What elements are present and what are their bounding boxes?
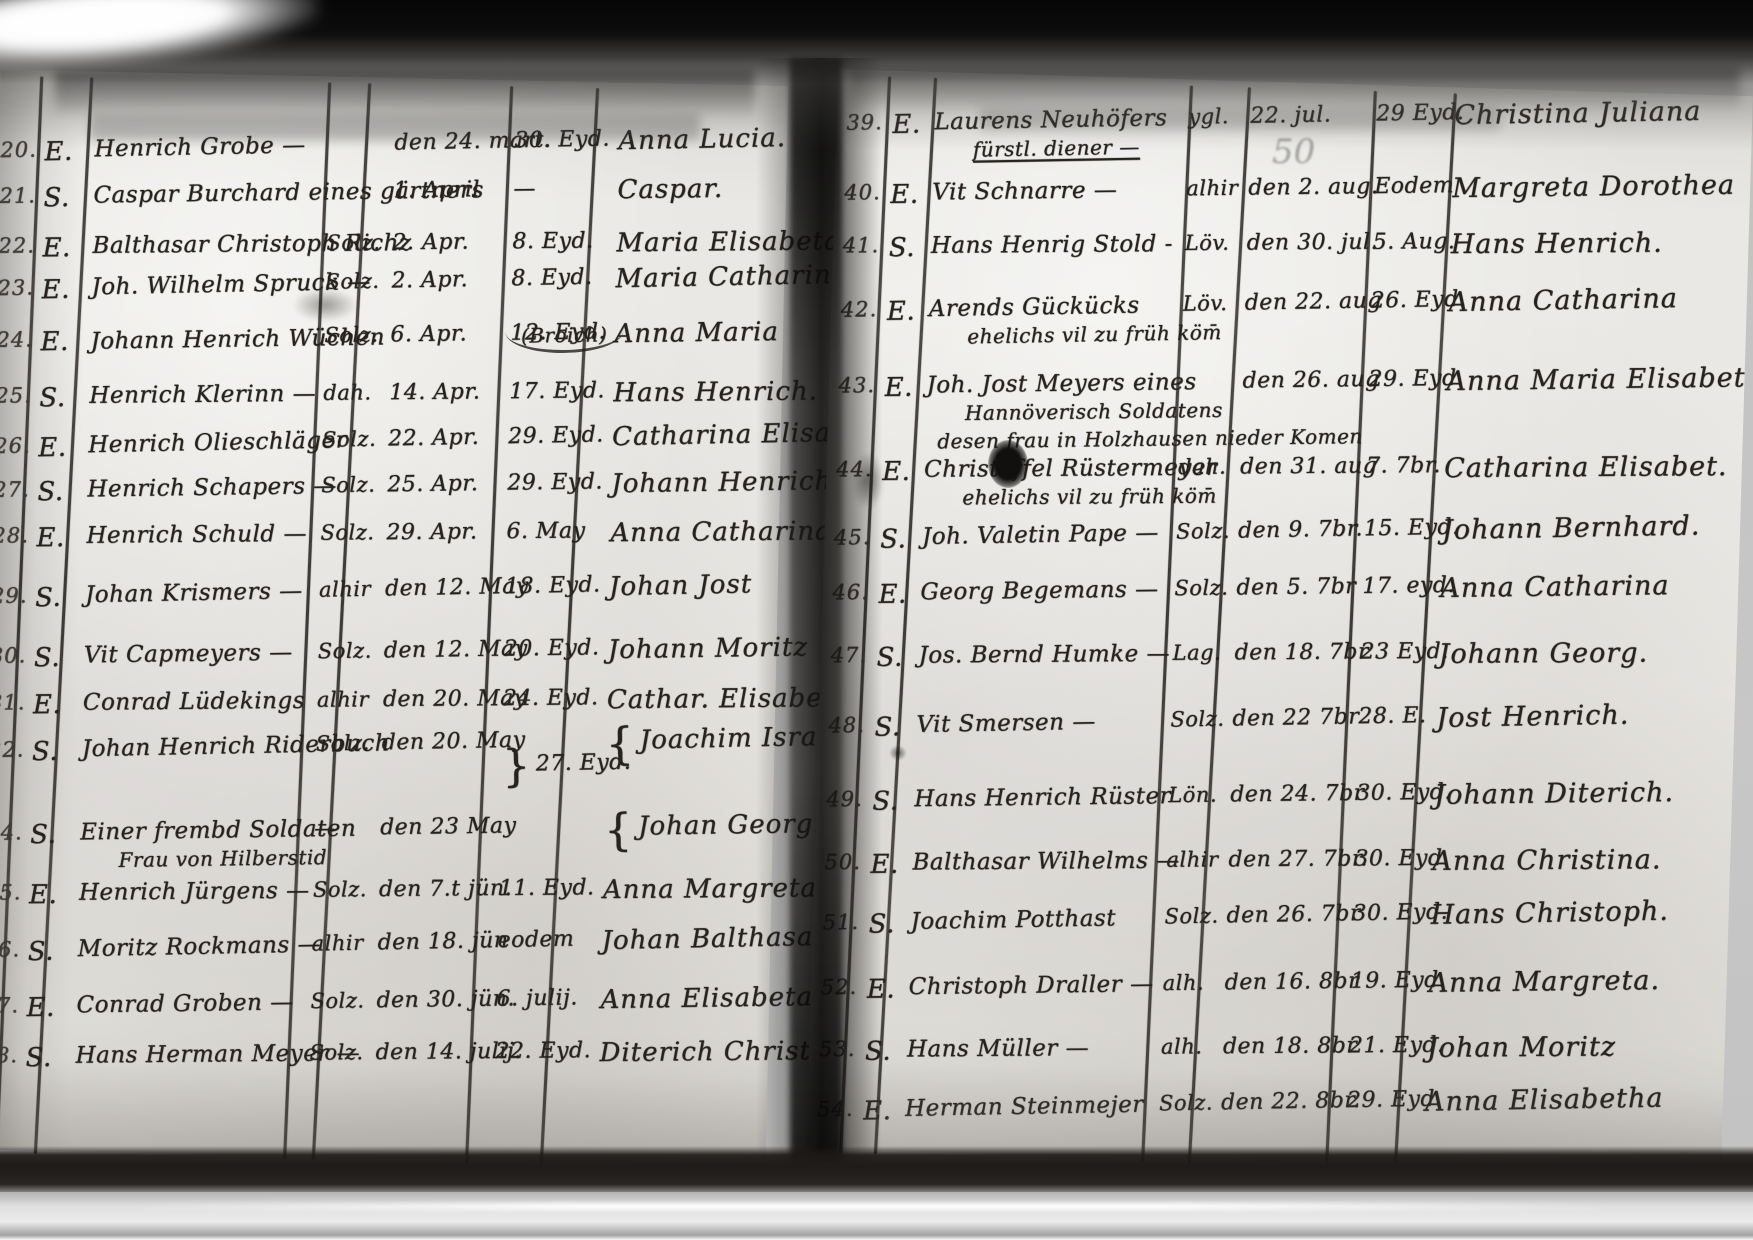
baptism-date-text: 22. Eyd. <box>495 1038 591 1064</box>
entry-letter: E. <box>890 180 919 210</box>
parent-name-text: Hans Henrich Rüster <box>914 783 1171 812</box>
birth-date: 22. Apr. <box>388 425 480 452</box>
birth-date: den 7.t jün. <box>379 876 512 902</box>
parent-name-line2: fürstl. diener — <box>973 134 1168 161</box>
child-name-text: Cathar. Elisabet. <box>607 683 844 715</box>
baptism-date-text: eodem <box>497 927 574 953</box>
child-name: Cathar. Elisabet. <box>607 683 844 715</box>
register-row: 28.E.Henrich Schuld —Solz.29. Apr.6. May… <box>0 517 779 566</box>
parent-name-text: Arends Gückücks <box>929 293 1140 323</box>
parent-name-text: Vit Capmeyers — <box>84 640 293 669</box>
row-number: 27. <box>0 477 30 502</box>
residence-abbreviation: alhir <box>311 931 363 956</box>
parent-name-line2: Frau von Hilberstid <box>118 845 356 872</box>
birth-date: den 16. 8br <box>1225 969 1360 996</box>
row-number: 28. <box>0 523 29 547</box>
parent-name: Henrich Olieschläger <box>88 427 347 458</box>
child-brace: { <box>604 805 634 856</box>
row-number: 24. <box>0 327 33 352</box>
residence-abbreviation: alh. <box>1163 971 1205 996</box>
parent-name: Vit Smersen — <box>916 709 1096 738</box>
birth-date: den 18. 8br <box>1223 1033 1358 1059</box>
child-name: Jost Henrich. <box>1436 700 1629 734</box>
child-name: Anna Catharina <box>1440 570 1669 604</box>
baptism-date: 29. Eyd. <box>508 422 604 449</box>
child-name-text: Anna Maria <box>614 317 779 349</box>
child-name: Anna Catharina <box>1448 283 1678 318</box>
register-row: 44.E.Christoffel Rüstermeyerehelichs vil… <box>826 451 1741 499</box>
entry-letter: E. <box>42 233 71 263</box>
row-number: 48. <box>828 713 865 738</box>
baptism-date-text: 28. E. <box>1358 703 1426 729</box>
child-name-text: Johan Georg. <box>638 809 823 842</box>
birth-date: 14. Apr. <box>389 379 480 405</box>
parent-name-text: Vit Smersen — <box>916 709 1096 738</box>
parent-name: Conrad Lüdekings <box>83 688 305 716</box>
birth-date: 25. Apr. <box>387 471 478 497</box>
child-name-text: Margreta Dorothea <box>1452 170 1735 204</box>
baptism-date: 11. Eyd. <box>499 875 595 901</box>
child-name: Anna Catharina <box>610 516 831 548</box>
residence-abbreviation: Solz. <box>325 269 379 294</box>
register-row: 37.E.Conrad Groben —Solz.den 30. jün.6. … <box>0 983 769 1036</box>
birth-date: 22. jul. <box>1250 102 1331 128</box>
baptism-date-text: 24. Eyd. <box>503 685 599 711</box>
entry-letter: S. <box>27 937 54 967</box>
baptism-date: 29. Eyd. <box>507 469 603 495</box>
scan-bottom-highlight <box>120 1203 1620 1210</box>
row-number: 38. <box>0 1043 18 1067</box>
residence-abbreviation: Solz. <box>310 988 364 1013</box>
entry-letter: S. <box>874 712 901 742</box>
parent-name: Henrich Schuld — <box>86 521 307 549</box>
parent-name: Balthasar Wilhelms — <box>912 848 1179 876</box>
birth-date: den 27. 7br. <box>1228 846 1368 872</box>
row-number: 45. <box>834 525 871 550</box>
birth-date: den 18. 7br <box>1235 639 1370 665</box>
child-name-text: Anna Christina. <box>1432 844 1661 877</box>
baptism-date-text: 29. Eyd. <box>508 422 604 449</box>
child-name: Johann Diterich. <box>1434 777 1674 811</box>
baptism-date: 8. Eyd. <box>511 265 593 292</box>
row-brace: } <box>502 741 531 793</box>
baptism-date: 12. Eyd. <box>510 319 606 345</box>
child-name: Anna Christina. <box>1432 844 1661 877</box>
child-name-text: Johann Henrich. <box>611 466 842 499</box>
baptism-date-text: 18. Eyd. <box>505 572 601 599</box>
parent-name: Christoph Draller — <box>909 971 1154 1000</box>
parent-name: Joachim Potthast <box>910 905 1116 935</box>
entry-letter: E. <box>38 433 67 464</box>
register-row: 50.E.Balthasar Wilhelms —alhirden 27. 7b… <box>814 844 1729 892</box>
child-name: Johann Henrich. <box>611 466 842 499</box>
baptism-date: 6. May <box>506 518 585 544</box>
entry-letter: E. <box>882 457 910 487</box>
parent-name-text: Conrad Groben — <box>76 989 294 1018</box>
entry-letter: S. <box>34 643 61 673</box>
child-name: Catharina Elisabet. <box>1444 451 1728 484</box>
child-name-text: Caspar. <box>617 174 723 205</box>
residence-abbreviation: Solz. <box>318 638 372 663</box>
child-name: Johan Jost <box>609 569 753 602</box>
child-name-text: Maria Elisabeta <box>616 226 840 258</box>
register-scan: 20.E.Henrich Grobe —den 24. mart.30. Eyd… <box>0 0 1753 1240</box>
residence-abbreviation: alh. <box>1161 1034 1203 1058</box>
baptism-date: 30. Eyd. <box>514 126 610 153</box>
residence-abbreviation: Solz. <box>326 230 380 254</box>
parent-name: Moritz Rockmans — <box>77 931 321 962</box>
baptism-date: 7. 7br. <box>1366 453 1441 479</box>
row-number: 31. <box>0 690 25 714</box>
baptism-date-text: 11. Eyd. <box>499 875 595 901</box>
parent-name-text: Joh. Jost Meyers eines <box>926 369 1196 398</box>
entry-letter: E. <box>26 993 55 1023</box>
entry-letter: E. <box>44 137 73 168</box>
parent-name-text: Conrad Lüdekings <box>83 688 305 716</box>
baptism-date: 6. julij. <box>496 985 578 1011</box>
baptism-date: 8. Eyd. <box>512 229 593 255</box>
row-number: 44. <box>836 457 873 481</box>
register-row: 21.S.Caspar Burchard eines gärtners1. Ap… <box>0 173 786 226</box>
entry-letter: S. <box>30 820 57 850</box>
child-name-text: Hans Henrich. <box>613 377 818 409</box>
baptism-date: 23 Eyd. <box>1361 639 1449 665</box>
register-row: 42.E.Arends Gückücksehelichs vil zu früh… <box>831 282 1747 340</box>
faint-page-number: 50 <box>1272 132 1315 172</box>
parent-name: Vit Schnarre — <box>932 177 1117 205</box>
entry-letter: S. <box>39 383 65 413</box>
child-name-text: Catharina Elisabet. <box>1444 451 1728 484</box>
child-name: Anna Margreta. <box>1429 965 1661 999</box>
child-name: Margreta Dorothea <box>1452 170 1735 204</box>
register-row: 27.S.Henrich Schapers —Solz.25. Apr.29. … <box>0 467 780 520</box>
baptism-date-text: 17. Eyd. <box>509 378 605 404</box>
entry-letter: S. <box>880 524 907 554</box>
child-name-text: Christina Juliana <box>1454 96 1702 131</box>
entry-letter: S. <box>25 1043 51 1073</box>
residence-abbreviation: alhir <box>317 687 369 711</box>
row-number: 30. <box>0 643 26 668</box>
parent-name-text: Henrich Schapers — <box>87 473 337 502</box>
baptism-date: 5. Aug. <box>1373 229 1456 255</box>
baptism-date: 22. Eyd. <box>495 1038 591 1064</box>
entry-letter: E. <box>36 523 65 553</box>
entry-letter: S. <box>877 643 903 673</box>
child-name: Hans Christoph. <box>1430 896 1669 931</box>
baptism-date: eodem <box>497 927 574 953</box>
parent-name-text: Georg Begemans — <box>920 576 1158 605</box>
entry-letter: E. <box>29 880 58 910</box>
parent-name: Jos. Bernd Humke — <box>919 641 1171 669</box>
register-row: 30.S.Vit Capmeyers —Solz.den 12. May20. … <box>0 633 776 686</box>
row-number: 47. <box>831 643 868 667</box>
residence-abbreviation: Solz. <box>322 427 376 452</box>
baptism-date-text: 6. julij. <box>496 985 578 1011</box>
child-name-text: Johan Moritz <box>1427 1032 1616 1064</box>
birth-date: den 9. 7br. <box>1238 516 1363 543</box>
birth-date: den 18. jün <box>377 928 508 956</box>
register-row: 41.S.Hans Henrig Stold -Löv.den 30. jul.… <box>833 227 1748 275</box>
birth-date: den 24. 7br <box>1230 781 1365 808</box>
baptism-date: 20. Eyd. <box>504 635 600 661</box>
birth-date: den 31. aug <box>1240 454 1377 480</box>
parent-name: Conrad Groben — <box>76 989 294 1018</box>
entry-letter: S. <box>35 583 62 613</box>
parent-name-line2: ehelichs vil zu früh köm̄ <box>967 320 1222 348</box>
birth-date: 1. April <box>393 177 480 203</box>
entry-letter: S. <box>37 477 64 507</box>
birth-date: den 23 May <box>380 813 517 840</box>
scan-light-flare <box>0 0 322 74</box>
row-number: 36. <box>0 937 20 962</box>
entry-letter: E. <box>40 327 69 357</box>
child-name-text: Anna Elisabeta <box>600 982 813 1015</box>
baptism-date: 29 Eyd. <box>1376 100 1464 127</box>
parent-name-text: Balthasar Wilhelms — <box>912 848 1179 876</box>
parent-name: Henrich Jürgens — <box>79 878 310 906</box>
baptism-date-text: 5. Aug. <box>1373 229 1456 255</box>
parent-name-text: Christoph Draller — <box>909 971 1154 1000</box>
row-number: 20. <box>0 137 37 162</box>
parent-name-line2: ehelichs vil zu früh köm̄ <box>962 484 1217 510</box>
row-number: 32. <box>0 737 24 762</box>
baptism-date-text: 8. Eyd. <box>512 229 593 255</box>
entry-letter: E. <box>884 373 913 403</box>
baptism-date: 17. Eyd. <box>509 378 605 404</box>
birth-date: 6. Apr. <box>390 321 467 347</box>
entry-letter: S. <box>889 233 915 263</box>
child-name-text: Johann Bernhard. <box>1442 510 1701 546</box>
child-name: Anna Elisabeta <box>600 982 813 1015</box>
parent-name-text: Henrich Grobe — <box>94 132 306 162</box>
row-number: 52. <box>821 975 858 999</box>
child-name: Johann Moritz <box>608 632 809 665</box>
register-page-right: 39.E.Laurens Neuhöfersfürstl. diener —yg… <box>806 69 1753 1176</box>
child-name-text: Anna Elisabetha <box>1425 1083 1664 1118</box>
parent-name-line3: desen frau in Holzhausen nieder Komen <box>937 424 1363 453</box>
residence-abbreviation: Solz. <box>316 731 370 756</box>
parent-name-text: Henrich Olieschläger <box>88 427 347 458</box>
row-number: 35. <box>0 880 21 904</box>
parent-name-text: Henrich Klerinn — <box>89 381 316 409</box>
residence-abbreviation: Lag. <box>1173 641 1222 665</box>
row-number: 26. <box>0 433 31 458</box>
entry-letter: S. <box>865 1037 891 1067</box>
entry-letter: E. <box>892 110 921 140</box>
baptism-date-text: 30. Eyd. <box>514 126 610 153</box>
child-name-text: Hans Henrich. <box>1451 228 1663 260</box>
child-name-text: Johann Moritz <box>608 632 809 665</box>
register-row: 47.S.Jos. Bernd Humke —Lag.den 18. 7br23… <box>821 637 1736 685</box>
residence-abbreviation: alhir <box>1166 847 1218 871</box>
row-number: 40. <box>844 180 881 204</box>
baptism-date-text: 7. 7br. <box>1366 453 1441 479</box>
child-name-text: Anna Margreta. <box>1429 965 1661 999</box>
birth-date: den 30. jün. <box>376 986 515 1013</box>
row-number: 22. <box>0 233 35 257</box>
register-row: 25.S.Henrich Klerinn —dah.14. Apr.17. Ey… <box>0 377 782 426</box>
birth-date: den 22. aug <box>1245 288 1383 315</box>
register-row: 51.S.Joachim PotthastSolz.den 26. 7br30.… <box>812 895 1728 953</box>
birth-date: den 30. jul. <box>1247 230 1378 256</box>
parent-name: Henrich Grobe — <box>94 132 306 162</box>
parent-name-text: Joh. Valetin Pape — <box>922 520 1159 550</box>
parent-name-text: Herman Steinmejer <box>905 1092 1144 1122</box>
parent-name-text: Henrich Schuld — <box>86 521 307 549</box>
child-name: Hans Henrich. <box>613 377 818 409</box>
child-name: Christina Juliana <box>1454 96 1702 131</box>
baptism-date-text: 12. Eyd. <box>510 319 606 345</box>
row-number: 53. <box>819 1037 856 1061</box>
residence-abbreviation: Löv. <box>1183 291 1228 316</box>
parent-name-text: Henrich Jürgens — <box>79 878 310 906</box>
row-number: 50. <box>824 850 861 874</box>
register-row: 54.E.Herman SteinmejerSolz.den 22. 8br.2… <box>807 1082 1723 1140</box>
parent-name-text: Hans Henrig Stold - <box>931 231 1173 259</box>
child-name: Anna Lucia. <box>618 123 786 156</box>
row-number: 21. <box>0 183 36 208</box>
residence-abbreviation: dah. <box>323 380 371 404</box>
child-name: Anna Maria <box>614 317 779 349</box>
birth-date: den 2. aug. <box>1248 174 1378 201</box>
register-row: 46.E.Georg Begemans —Solz.den 5. 7br17. … <box>822 569 1737 622</box>
residence-abbreviation: Solz. <box>1174 576 1228 601</box>
entry-letter: S. <box>868 909 895 939</box>
residence-abbreviation: Solz. <box>1159 1090 1213 1115</box>
child-name-text: Anna Catharina <box>1440 570 1669 604</box>
register-row: 29.S.Johan Krismers —alhirden 12. May18.… <box>0 569 777 626</box>
child-name-text: Anna Lucia. <box>618 123 786 156</box>
baptism-date-text: 23 Eyd. <box>1361 639 1449 665</box>
baptism-date-text: 29. Eyd. <box>1347 1086 1443 1113</box>
parent-name: Johan Krismers — <box>85 578 303 608</box>
birth-date: den 26. 7br <box>1226 901 1361 928</box>
child-name-text: Anna Margreta <box>603 873 817 905</box>
register-page-left: 20.E.Henrich Grobe —den 24. mart.30. Eyd… <box>0 70 788 1166</box>
entry-letter: E. <box>887 296 916 326</box>
register-row: 36.S.Moritz Rockmans —alhirden 18. jüneo… <box>0 923 770 980</box>
scan-bottom-margin <box>0 1192 1753 1240</box>
child-name: Johann Bernhard. <box>1442 510 1701 546</box>
baptism-date-text: 8. Eyd. <box>511 265 593 292</box>
row-number: 46. <box>832 580 869 604</box>
baptism-date-text: — <box>513 176 536 201</box>
residence-abbreviation: Löv. <box>1185 231 1230 255</box>
child-name: Anna Margreta <box>603 873 817 905</box>
row-number: 41. <box>843 233 880 257</box>
parent-name-text: Johan Krismers — <box>85 578 303 608</box>
baptism-date-text: Eodem <box>1374 173 1454 199</box>
register-row: 43.E.Joh. Jost Meyers einesHannöverisch … <box>828 362 1743 415</box>
child-name-text: Johan Jost <box>609 569 753 602</box>
child-name-text: Maria Catharina. <box>615 260 858 295</box>
row-number: 34. <box>0 820 23 845</box>
row-number: 37. <box>0 993 19 1018</box>
residence-abbreviation: Solz. <box>321 473 375 498</box>
residence-abbreviation: Lön. <box>1168 783 1217 808</box>
row-number: 51. <box>822 910 859 935</box>
row-number: 29. <box>0 583 28 608</box>
parent-name-text: Christoffel Rüstermeyer <box>924 455 1217 483</box>
residence-abbreviation: Solz. <box>313 877 367 901</box>
register-row: 49.S.Hans Henrich RüsterLön.den 24. 7br3… <box>816 776 1731 829</box>
entry-letter: S. <box>43 183 70 213</box>
child-name-text: Anna Catharina <box>1448 283 1678 318</box>
parent-name: Joh. Valetin Pape — <box>922 520 1159 550</box>
child-name: Caspar. <box>617 174 723 205</box>
register-row: 38.S.Hans Herman Meyer —Solz.den 14. jul… <box>0 1037 768 1086</box>
child-name: Johan Balthasar. <box>601 922 833 956</box>
parent-name: Herman Steinmejer <box>905 1092 1144 1122</box>
residence-abbreviation: Solz. <box>320 520 374 544</box>
entry-letter: S. <box>872 786 899 816</box>
parent-name-text: Hans Müller — <box>907 1035 1089 1062</box>
entry-letter: E. <box>41 275 70 306</box>
birth-date: den 26. aug <box>1242 367 1379 394</box>
row-number: 23. <box>0 275 34 300</box>
residence-abbreviation: ygl. <box>1188 104 1229 129</box>
register-row: 52.E.Christoph Draller —alh.den 16. 8br1… <box>811 964 1726 1017</box>
parent-name: Hans Henrig Stold - <box>931 231 1173 259</box>
parent-name: Arends Gückücksehelichs vil zu früh köm̄ <box>929 291 1222 349</box>
parent-name: Henrich Klerinn — <box>89 381 316 409</box>
residence-abbreviation: Solz. <box>1170 707 1224 732</box>
parent-name: Vit Capmeyers — <box>84 640 293 669</box>
residence-abbreviation: Solz. <box>1164 904 1218 929</box>
register-row: 45.S.Joh. Valetin Pape —Solz.den 9. 7br.… <box>824 510 1740 568</box>
register-row: 24.E.Johann Henrich Wüchen(Broich)Solz.6… <box>0 317 783 370</box>
child-name-text: Jost Henrich. <box>1436 700 1629 734</box>
parent-name-text: Laurens Neuhöfers <box>934 105 1167 135</box>
register-row: 20.E.Henrich Grobe —den 24. mart.30. Eyd… <box>0 123 787 180</box>
child-name: Hans Henrich. <box>1451 228 1663 260</box>
child-name-text: Hans Christoph. <box>1430 896 1669 931</box>
row-number: 25. <box>0 383 32 407</box>
baptism-date-text: 29. Eyd. <box>507 469 603 495</box>
child-name-text: Johann Georg. <box>1439 638 1649 670</box>
residence-abbreviation: Solz. <box>1176 519 1230 544</box>
birth-date: 29. Apr. <box>386 519 477 545</box>
entry-letter: E. <box>878 580 907 610</box>
entry-letter: E. <box>863 1096 892 1126</box>
parent-name-text: Moritz Rockmans — <box>77 931 321 962</box>
residence-abbreviation: Solz. <box>309 1040 363 1064</box>
child-name: Johan Moritz <box>1427 1032 1616 1064</box>
parent-name: Henrich Schapers — <box>87 473 337 502</box>
baptism-date-text: 29 Eyd. <box>1376 100 1464 127</box>
register-row: 40.E.Vit Schnarre —alhirden 2. aug.Eodem… <box>834 170 1749 223</box>
residence-abbreviation: alhir <box>1186 176 1238 201</box>
parent-name: Georg Begemans — <box>920 576 1158 605</box>
child-name-text: Johan Balthasar. <box>601 922 833 956</box>
entry-letter: E. <box>870 850 898 880</box>
parent-name: Hans Henrich Rüster <box>914 783 1171 812</box>
row-number: 42. <box>841 297 878 322</box>
birth-date: 2. Apr. <box>392 230 469 256</box>
row-number: 54. <box>817 1097 854 1122</box>
residence-abbreviation: — <box>314 816 336 840</box>
residence-abbreviation: dah. <box>1178 455 1226 479</box>
entry-letter: E. <box>867 974 896 1004</box>
child-name: {Johan Georg. <box>604 809 823 842</box>
baptism-date: 29. Eyd. <box>1347 1086 1443 1113</box>
baptism-date: — <box>513 176 536 201</box>
register-row: 53.S.Hans Müller —alh.den 18. 8br21. Eyd… <box>809 1031 1724 1079</box>
child-name: Maria Elisabeta <box>616 226 840 258</box>
parent-name-line2: Hannöverisch Soldatens <box>965 396 1363 425</box>
child-name: {Joachim Israel. <box>605 721 852 756</box>
baptism-date: 28. E. <box>1358 703 1426 729</box>
